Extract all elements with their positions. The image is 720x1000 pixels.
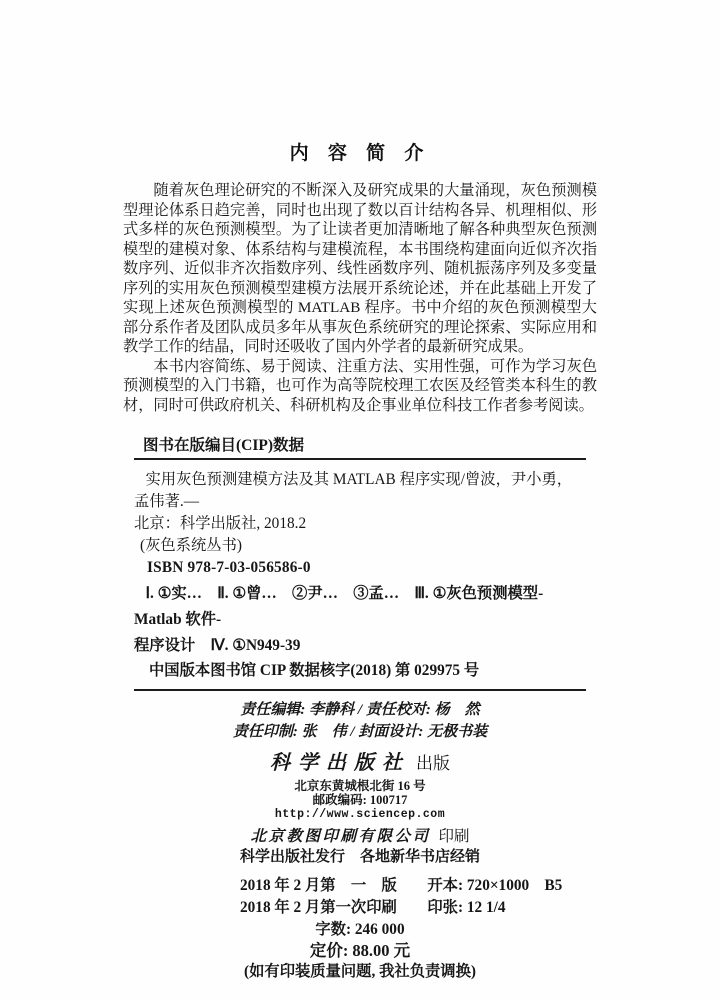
cip-registry-number: 中国版本图书馆 CIP 数据核字(2018) 第 029975 号 <box>134 661 586 681</box>
cip-header: 图书在版编目(CIP)数据 <box>134 437 586 454</box>
word-count-line: 字数: 246 000 <box>0 919 720 940</box>
edition-line: 2018 年 2 月第 一 版 开本: 720×1000 B5 <box>240 875 720 897</box>
staff-credits: 责任编辑: 李静科 / 责任校对: 杨 然 责任印制: 张 伟 / 封面设计: … <box>0 700 720 743</box>
distribution-line: 科学出版社发行 各地新华书店经销 <box>0 848 720 867</box>
printer-logotype: 北京教图印刷有限公司 <box>250 828 430 845</box>
cip-record-line2: 北京：科学出版社, 2018.2 <box>134 515 306 532</box>
cip-isbn: ISBN 978-7-03-056586-0 <box>134 557 586 579</box>
cip-classification: Ⅰ. ①实… Ⅱ. ①曾… ②尹… ③孟… Ⅲ. ①灰色预测模型-Matlab … <box>134 581 586 659</box>
publisher-line: 科学出版社 出版 <box>0 751 720 777</box>
staff-production-line: 责任印制: 张 伟 / 封面设计: 无极书装 <box>0 722 720 744</box>
staff-editors-line: 责任编辑: 李静科 / 责任校对: 杨 然 <box>0 700 720 722</box>
cip-record: 实用灰色预测建模方法及其 MATLAB 程序实现/曾波，尹小勇，孟伟著.— 北京… <box>134 469 586 535</box>
content-summary: 随着灰色理论研究的不断深入及研究成果的大量涌现，灰色预测模型理论体系日趋完善，同… <box>123 181 597 415</box>
summary-paragraph-1: 随着灰色理论研究的不断深入及研究成果的大量涌现，灰色预测模型理论体系日趋完善，同… <box>123 181 597 357</box>
summary-paragraph-2: 本书内容简练、易于阅读、注重方法、实用性强，可作为学习灰色预测模型的入门书籍，也… <box>123 357 597 416</box>
cip-bottom-rule <box>134 689 586 691</box>
cip-record-line1: 实用灰色预测建模方法及其 MATLAB 程序实现/曾波，尹小勇，孟伟著.— <box>134 471 572 510</box>
impression-line: 2018 年 2 月第一次印刷 印张: 12 1/4 <box>240 897 720 919</box>
publisher-address: 北京东黄城根北街 16 号 <box>0 779 720 793</box>
price-line: 定价: 88.00 元 <box>0 940 720 961</box>
publisher-url: http://www.sciencep.com <box>0 808 720 821</box>
book-copyright-page: 内 容 简 介 随着灰色理论研究的不断深入及研究成果的大量涌现，灰色预测模型理论… <box>0 0 720 1000</box>
publisher-postcode: 邮政编码: 100717 <box>0 793 720 807</box>
publisher-block: 科学出版社 出版 北京东黄城根北街 16 号 邮政编码: 100717 http… <box>0 751 720 867</box>
printrun-block: 2018 年 2 月第 一 版 开本: 720×1000 B5 2018 年 2… <box>0 875 720 982</box>
publisher-role-label: 出版 <box>416 754 450 773</box>
publisher-logotype: 科学出版社 <box>270 752 410 774</box>
quality-notice-line: (如有印装质量问题, 我社负责调换) <box>0 961 720 982</box>
cip-classification-line2: 程序设计 Ⅳ. ①N949-39 <box>134 637 300 654</box>
cip-series-name: (灰色系统丛书) <box>134 535 586 557</box>
cip-classification-line1: Ⅰ. ①实… Ⅱ. ①曾… ②尹… ③孟… Ⅲ. ①灰色预测模型-Matlab … <box>134 585 543 628</box>
printer-role-label: 印刷 <box>439 828 470 845</box>
printer-line: 北京教图印刷有限公司 印刷 <box>0 827 720 846</box>
content-summary-title: 内 容 简 介 <box>0 138 720 165</box>
cip-top-rule <box>134 458 586 460</box>
cip-block: 图书在版编目(CIP)数据 实用灰色预测建模方法及其 MATLAB 程序实现/曾… <box>134 437 586 691</box>
